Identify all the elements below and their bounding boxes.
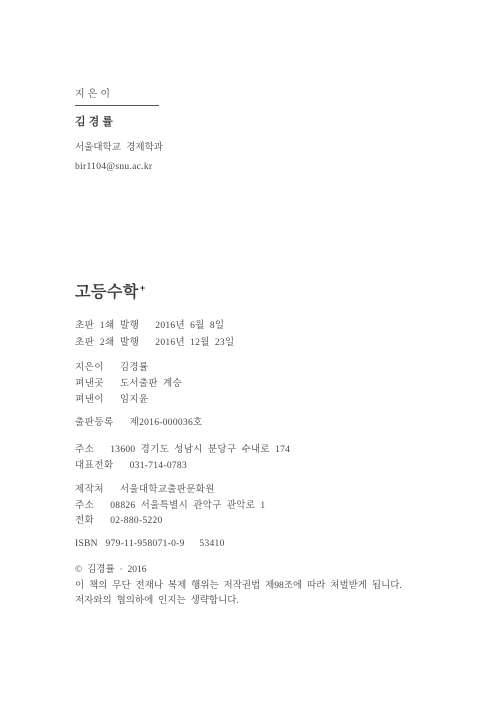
isbn-number: 979-11-958071-0-9 bbox=[106, 539, 185, 549]
edition-row: 초판 1쇄 발행 2016년 6월 8일 bbox=[75, 318, 234, 335]
staff-row-label: 펴낸이 bbox=[75, 395, 104, 405]
colophon-page: 지은이 김경률 서울대학교 경제학과 bir1104@snu.ac.kr 고등수… bbox=[0, 0, 500, 706]
isbn-addition-code: 53410 bbox=[199, 539, 224, 549]
contact-row: 주소 13600 경기도 성남시 분당구 수내로 174 bbox=[75, 443, 290, 459]
registration-row: 출판등록 제2016-000036호 bbox=[75, 415, 203, 431]
staff-row-value: 김경률 bbox=[120, 363, 148, 373]
production-row-value: 08826 서울특별시 관악구 관악로 1 bbox=[110, 501, 265, 511]
registration-block: 출판등록 제2016-000036호 bbox=[75, 415, 203, 431]
contact-row: 대표전화 031-714-0783 bbox=[75, 459, 290, 475]
production-block: 제작처 서울대학교출판문화원 주소 08826 서울특별시 관악구 관악로 1 … bbox=[75, 483, 265, 530]
production-row-label: 주소 bbox=[75, 501, 94, 511]
book-title-superscript: + bbox=[140, 283, 146, 293]
author-section-label: 지은이 bbox=[75, 85, 163, 100]
copyright-notice: © 김경률 · 2016 bbox=[75, 563, 402, 579]
edition-row-label: 초판 2쇄 발행 bbox=[75, 338, 139, 348]
registration-row-value: 제2016-000036호 bbox=[130, 418, 203, 428]
author-divider-rule bbox=[75, 105, 159, 106]
edition-row-value: 2016년 12월 23일 bbox=[155, 338, 234, 348]
publisher-contact-block: 주소 13600 경기도 성남시 분당구 수내로 174 대표전화 031-71… bbox=[75, 443, 290, 474]
isbn-block: ISBN 979-11-958071-0-9 53410 bbox=[75, 539, 225, 549]
copyright-warning-line: 이 책의 무단 전재나 복제 행위는 저작권법 제98조에 따라 처벌받게 됩니… bbox=[75, 579, 402, 595]
contact-row-value: 031-714-0783 bbox=[130, 461, 187, 471]
production-row: 전화 02-880-5220 bbox=[75, 514, 265, 530]
staff-row-value: 도서출판 계승 bbox=[120, 379, 182, 389]
staff-row: 펴낸이 임지윤 bbox=[75, 392, 182, 408]
author-block: 지은이 김경률 서울대학교 경제학과 bir1104@snu.ac.kr bbox=[75, 85, 163, 172]
registration-row-label: 출판등록 bbox=[75, 418, 114, 428]
isbn-label: ISBN bbox=[75, 539, 98, 549]
contact-row-label: 대표전화 bbox=[75, 461, 114, 471]
copyright-stamp-line: 저자와의 협의하에 인지는 생략합니다. bbox=[75, 594, 402, 610]
edition-block: 초판 1쇄 발행 2016년 6월 8일 초판 2쇄 발행 2016년 12월 … bbox=[75, 318, 234, 352]
author-email: bir1104@snu.ac.kr bbox=[75, 162, 163, 172]
staff-row-value: 임지윤 bbox=[120, 395, 148, 405]
edition-row-value: 2016년 6월 8일 bbox=[155, 321, 224, 331]
edition-row: 초판 2쇄 발행 2016년 12월 23일 bbox=[75, 335, 234, 352]
staff-block: 지은이 김경률 펴낸곳 도서출판 계승 펴낸이 임지윤 bbox=[75, 360, 182, 408]
contact-row-value: 13600 경기도 성남시 분당구 수내로 174 bbox=[110, 445, 290, 455]
staff-row: 지은이 김경률 bbox=[75, 360, 182, 376]
production-row: 제작처 서울대학교출판문화원 bbox=[75, 483, 265, 499]
production-row: 주소 08826 서울특별시 관악구 관악로 1 bbox=[75, 499, 265, 515]
copyright-block: © 김경률 · 2016 이 책의 무단 전재나 복제 행위는 저작권법 제98… bbox=[75, 563, 402, 610]
edition-row-label: 초판 1쇄 발행 bbox=[75, 321, 139, 331]
staff-row: 펴낸곳 도서출판 계승 bbox=[75, 376, 182, 392]
author-affiliation: 서울대학교 경제학과 bbox=[75, 139, 163, 153]
book-title: 고등수학+ bbox=[75, 279, 146, 302]
book-title-text: 고등수학 bbox=[75, 284, 139, 301]
production-row-value: 02-880-5220 bbox=[110, 516, 162, 526]
production-row-value: 서울대학교출판문화원 bbox=[120, 485, 215, 495]
staff-row-label: 펴낸곳 bbox=[75, 379, 104, 389]
contact-row-label: 주소 bbox=[75, 445, 94, 455]
production-row-label: 제작처 bbox=[75, 485, 104, 495]
production-row-label: 전화 bbox=[75, 516, 94, 526]
staff-row-label: 지은이 bbox=[75, 363, 104, 373]
author-name: 김경률 bbox=[75, 113, 163, 129]
